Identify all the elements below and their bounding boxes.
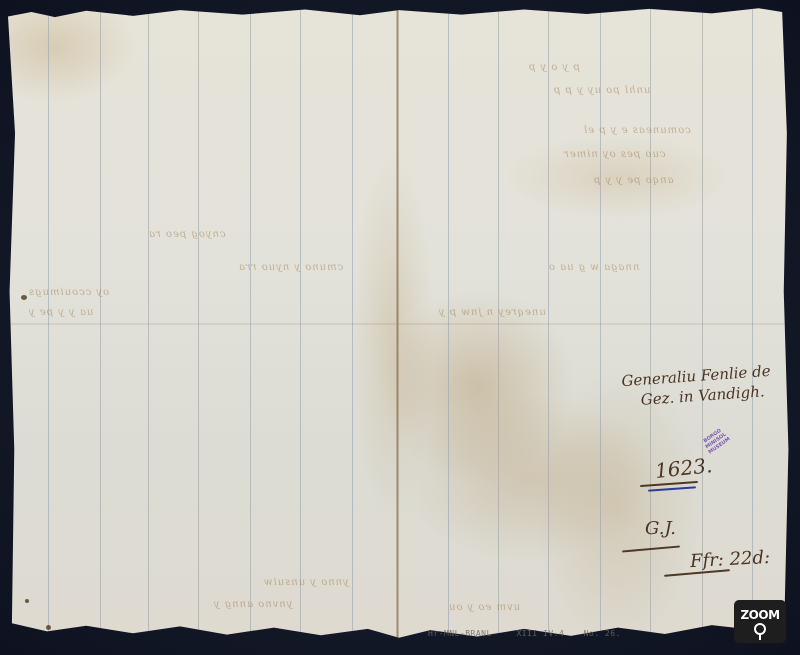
initials-annotation: G.J.	[645, 518, 676, 539]
manuscript-sheet: p y o y p unhl po uy y p p comuneas e y …	[8, 7, 790, 639]
ink-spot	[25, 599, 29, 603]
bleed-through-text: comuneas e y p el	[583, 125, 691, 136]
horizontal-fold	[8, 323, 790, 325]
archive-reference-label: Hr-MNL-BRANL- XIII IV.4 No. 26.	[428, 629, 635, 638]
folio-annotation: Ffr: 22d:	[690, 547, 771, 572]
archive-number: No. 26.	[584, 629, 621, 638]
zoom-badge[interactable]: ZOOM	[734, 600, 786, 643]
bleed-through-text: cnyog peo ra	[148, 229, 226, 240]
bleed-through-text: unhl po uy y p p	[553, 85, 650, 96]
bleed-through-text: cmuno y nyuo rra	[238, 262, 343, 273]
bleed-through-text: p y o y p	[528, 62, 580, 73]
ink-spot	[21, 295, 27, 300]
bleed-through-text: ynno y unsuiw	[263, 577, 349, 588]
bleed-through-text: uneqrey n jnw p y	[438, 307, 546, 318]
bleed-through-text: uvm eo y ou	[448, 602, 520, 613]
zoom-label: ZOOM	[740, 608, 779, 622]
bleed-through-text: nnaga w g ua o	[548, 262, 639, 273]
magnifier-icon	[754, 623, 766, 635]
bleed-through-text: ynvno anng y	[213, 599, 292, 610]
bleed-through-text: anqo pe y y p	[593, 175, 674, 186]
archive-reference: Hr-MNL-BRANL-	[428, 629, 497, 638]
archive-volume: XIII IV.4	[516, 629, 564, 638]
bleed-through-text: cuo pes oy nimer	[563, 149, 666, 160]
ink-spot	[46, 625, 51, 630]
bleed-through-text: ua y y pe y	[28, 307, 93, 318]
bleed-through-text: oy ccouimugs	[28, 287, 109, 298]
